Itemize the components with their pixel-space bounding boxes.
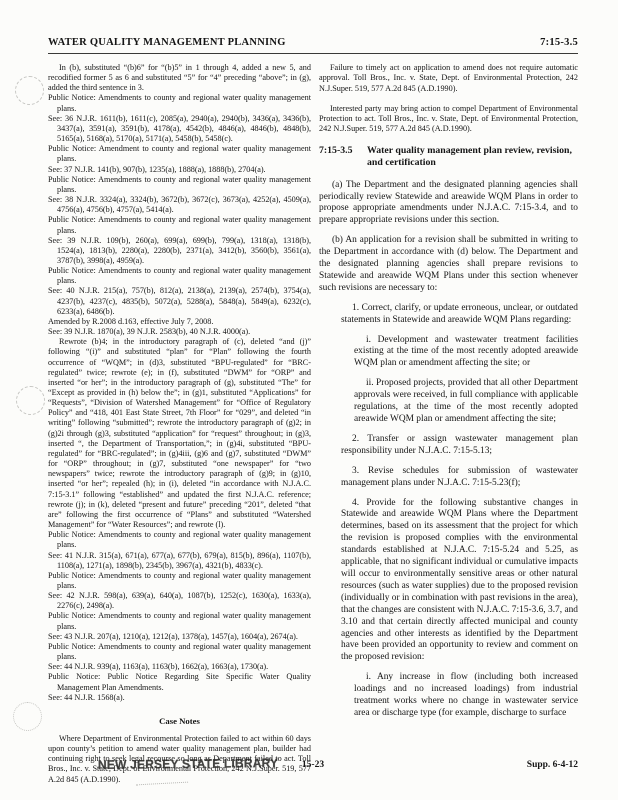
- paragraph-a: (a) The Department and the designated pl…: [319, 180, 578, 228]
- supplement-date: Supp. 6-4-12: [527, 760, 578, 770]
- see-citation-entry: See: 41 N.J.R. 315(a), 671(a), 677(a), 6…: [48, 551, 311, 571]
- list-item-1-ii: ii. Proposed projects, provided that all…: [354, 378, 578, 426]
- case-notes-heading: Case Notes: [48, 716, 311, 726]
- section-title: Water quality management plan review, re…: [367, 145, 578, 170]
- public-notice-entry: Public Notice: Amendments to county and …: [48, 611, 311, 631]
- public-notice-entry: Public Notice: Amendments to county and …: [48, 571, 311, 591]
- list-item-4: 4. Provide for the following substantive…: [341, 498, 578, 665]
- two-column-body: In (b), substituted “(b)6” for “(b)5” in…: [48, 63, 578, 785]
- case-note-paragraph: Failure to timely act on application to …: [319, 63, 578, 94]
- scanned-document-page: WATER QUALITY MANAGEMENT PLANNING 7:15-3…: [0, 0, 618, 800]
- public-notice-entry: Public Notice: Amendments to county and …: [48, 266, 311, 286]
- public-notice-entry: Public Notice: Amendments to county and …: [48, 642, 311, 662]
- header-section-ref: 7:15-3.5: [540, 37, 578, 48]
- amended-by-entry: Amended by R.2008 d.163, effective July …: [48, 317, 311, 327]
- left-column: In (b), substituted “(b)6” for “(b)5” in…: [48, 63, 311, 785]
- binder-hole-mark: [13, 702, 42, 731]
- list-item-4-i: i. Any increase in flow (including both …: [354, 672, 578, 720]
- page-footer: NEW JERSEY STATE LIBRARY 15-23 Supp. 6-4…: [48, 757, 578, 787]
- binder-hole-mark: [15, 76, 44, 105]
- list-item-3: 3. Revise schedules for submission of wa…: [341, 466, 578, 490]
- see-citation-entry: See: 36 N.J.R. 1611(b), 1611(c), 2085(a)…: [48, 114, 311, 144]
- see-citation-entry: See: 42 N.J.R. 598(a), 639(a), 640(a), 1…: [48, 591, 311, 611]
- public-notice-entry: Public Notice: Public Notice Regarding S…: [48, 672, 311, 692]
- public-notice-entry: Public Notice: Amendments to county and …: [48, 215, 311, 235]
- see-citation-entry: See: 43 N.J.R. 207(a), 1210(a), 1212(a),…: [48, 632, 311, 642]
- see-citation-entry: See: 38 N.J.R. 3324(a), 3324(b), 3672(b)…: [48, 195, 311, 215]
- see-citation-entry: See: 44 N.J.R. 1568(a).: [48, 693, 311, 703]
- case-note-paragraph: Interested party may bring action to com…: [319, 104, 578, 135]
- page-number: 15-23: [48, 760, 578, 770]
- binder-hole-mark: [16, 386, 45, 415]
- paragraph-b: (b) An application for a revision shall …: [319, 235, 578, 295]
- amendment-history-note: In (b), substituted “(b)6” for “(b)5” in…: [48, 63, 311, 93]
- see-citation-entry: See: 39 N.J.R. 109(b), 260(a), 699(a), 6…: [48, 236, 311, 266]
- section-heading: 7:15-3.5 Water quality management plan r…: [319, 145, 578, 170]
- public-notice-entry: Public Notice: Amendment to county and r…: [48, 144, 311, 164]
- list-item-2: 2. Transfer or assign wastewater managem…: [341, 434, 578, 458]
- see-citation-entry: See: 39 N.J.R. 1870(a), 39 N.J.R. 2583(b…: [48, 327, 311, 337]
- page-header: WATER QUALITY MANAGEMENT PLANNING 7:15-3…: [48, 37, 578, 54]
- public-notice-entry: Public Notice: Amendments to county and …: [48, 93, 311, 113]
- see-citation-entry: See: 44 N.J.R. 939(a), 1163(a), 1163(b),…: [48, 662, 311, 672]
- public-notice-entry: Public Notice: Amendments to county and …: [48, 175, 311, 195]
- rewrote-history-note: Rewrote (b)4; in the introductory paragr…: [48, 337, 311, 530]
- list-item-1: 1. Correct, clarify, or update erroneous…: [341, 303, 578, 327]
- public-notice-entry: Public Notice: Amendments to county and …: [48, 530, 311, 550]
- section-number: 7:15-3.5: [319, 145, 367, 170]
- list-item-1-i: i. Development and wastewater treatment …: [354, 335, 578, 371]
- running-title: WATER QUALITY MANAGEMENT PLANNING: [48, 37, 286, 48]
- pencil-smudge: [136, 778, 188, 786]
- see-citation-entry: See: 37 N.J.R. 141(b), 907(b), 1235(a), …: [48, 165, 311, 175]
- see-citation-entry: See: 40 N.J.R. 215(a), 757(b), 812(a), 2…: [48, 286, 311, 316]
- right-column: Failure to timely act on application to …: [319, 63, 578, 785]
